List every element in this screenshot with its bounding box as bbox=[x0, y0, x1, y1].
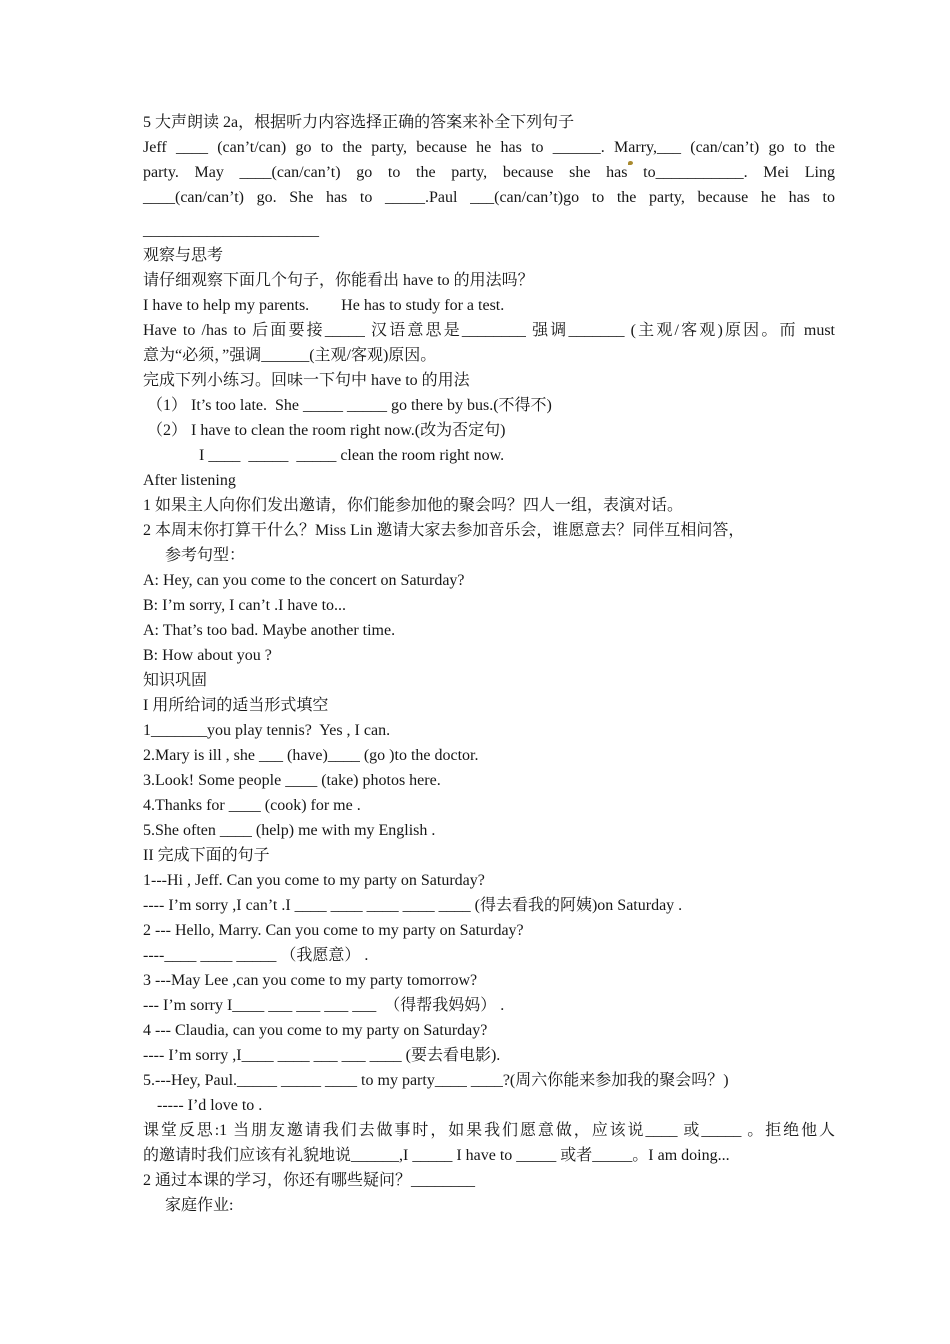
section-knowledge-consolidation: 知识巩固 bbox=[143, 668, 835, 693]
listening-fill-blanks-underline: ______________________ bbox=[143, 218, 835, 243]
mini-exercise-item-2: （2） I have to clean the room right now.(… bbox=[143, 418, 835, 443]
complete-item-2-answer: ----____ ____ _____ （我愿意） . bbox=[143, 943, 835, 968]
listening-fill-blanks-line-2: party. May ____(can/can’t) go to the par… bbox=[143, 160, 835, 185]
example-sentences: I have to help my parents. He has to stu… bbox=[143, 293, 835, 318]
homework-label: 家庭作业: bbox=[143, 1193, 835, 1218]
mini-exercise-intro: 完成下列小练习。回味一下句中 have to 的用法 bbox=[143, 368, 835, 393]
dialogue-a-line-1: A: Hey, can you come to the concert on S… bbox=[143, 568, 835, 593]
complete-item-4-answer: ---- I’m sorry ,I____ ____ ___ ___ ____ … bbox=[143, 1043, 835, 1068]
class-reflection-line-1: 课堂反思:1 当朋友邀请我们去做事时，如果我们愿意做，应该说____ 或____… bbox=[143, 1118, 835, 1143]
class-reflection-question-2: 2 通过本课的学习，你还有哪些疑问？________ bbox=[143, 1168, 835, 1193]
after-listening-task-2: 2 本周末你打算干什么？Miss Lin 邀请大家去参加音乐会，谁愿意去？同伴互… bbox=[143, 518, 835, 543]
dialogue-b-line-2: B: How about you ? bbox=[143, 643, 835, 668]
fill-item-4: 4.Thanks for ____ (cook) for me . bbox=[143, 793, 835, 818]
part-2-heading-complete-sentences: II 完成下面的句子 bbox=[143, 843, 835, 868]
fill-item-1: 1_______you play tennis? Yes , I can. bbox=[143, 718, 835, 743]
section-observe-and-think: 观察与思考 bbox=[143, 243, 835, 268]
complete-item-5-answer: ----- I’d love to . bbox=[143, 1093, 835, 1118]
complete-item-3-question: 3 ---May Lee ,can you come to my party t… bbox=[143, 968, 835, 993]
mini-exercise-item-1: （1） It’s too late. She _____ _____ go th… bbox=[143, 393, 835, 418]
reference-pattern-label: 参考句型： bbox=[143, 543, 835, 568]
fill-item-5: 5.She often ____ (help) me with my Engli… bbox=[143, 818, 835, 843]
complete-item-4-question: 4 --- Claudia, can you come to my party … bbox=[143, 1018, 835, 1043]
listening-fill-blanks-line-1: Jeff ____ (can’t/can) go to the party, b… bbox=[143, 135, 835, 160]
worksheet-content: 5 大声朗读 2a，根据听力内容选择正确的答案来补全下列句子 Jeff ____… bbox=[143, 110, 835, 1218]
complete-item-1-answer: ---- I’m sorry ,I can’t .I ____ ____ ___… bbox=[143, 893, 835, 918]
listening-fill-blanks-line-3: ____(can/can’t) go. She has to _____.Pau… bbox=[143, 185, 835, 210]
fill-item-3: 3.Look! Some people ____ (take) photos h… bbox=[143, 768, 835, 793]
dialogue-a-line-2: A: That’s too bad. Maybe another time. bbox=[143, 618, 835, 643]
complete-item-2-question: 2 --- Hello, Marry. Can you come to my p… bbox=[143, 918, 835, 943]
mini-exercise-item-2-answer: I ____ _____ _____ clean the room right … bbox=[143, 443, 835, 468]
complete-item-5-question: 5.---Hey, Paul._____ _____ ____ to my pa… bbox=[143, 1068, 835, 1093]
fill-item-2: 2.Mary is ill , she ___ (have)____ (go )… bbox=[143, 743, 835, 768]
observe-instructions: 请仔细观察下面几个句子，你能看出 have to 的用法吗？ bbox=[143, 268, 835, 293]
class-reflection-line-2: 的邀请时我们应该有礼貌地说______,I _____ I have to __… bbox=[143, 1143, 835, 1168]
after-listening-task-1: 1 如果主人向你们发出邀请，你们能参加他的聚会吗？四人一组，表演对话。 bbox=[143, 493, 835, 518]
have-to-usage-line-2: 意为“必须，”强调______(主观/客观)原因。 bbox=[143, 343, 835, 368]
complete-item-3-answer: --- I’m sorry I____ ___ ___ ___ ___ （得帮我… bbox=[143, 993, 835, 1018]
complete-item-1-question: 1---Hi , Jeff. Can you come to my party … bbox=[143, 868, 835, 893]
section-after-listening: After listening bbox=[143, 468, 835, 493]
title-read-aloud-2a: 5 大声朗读 2a，根据听力内容选择正确的答案来补全下列句子 bbox=[143, 110, 835, 135]
have-to-usage-line-1: Have to /has to 后面要接_____ 汉语意思是________ … bbox=[143, 318, 835, 343]
part-1-heading-fill-forms: I 用所给词的适当形式填空 bbox=[143, 693, 835, 718]
dialogue-b-line-1: B: I’m sorry, I can’t .I have to... bbox=[143, 593, 835, 618]
worksheet-page: 5 大声朗读 2a，根据听力内容选择正确的答案来补全下列句子 Jeff ____… bbox=[0, 0, 950, 1344]
